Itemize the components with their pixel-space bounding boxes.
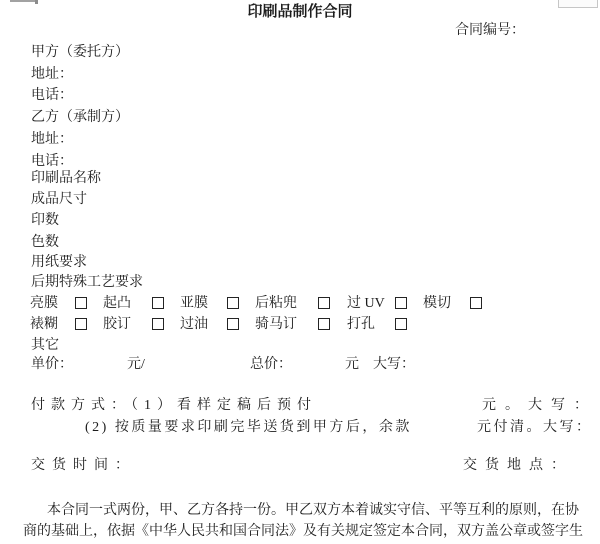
contract-terms-line1: 本合同一式两份，甲、乙方各持一份。甲乙双方本着诚实守信、平等互利的原则，在协 bbox=[47, 503, 579, 518]
checkbox-die-cut[interactable] bbox=[470, 297, 482, 309]
checkbox-matte-film[interactable] bbox=[227, 297, 239, 309]
amount-in-words-label: 大写： bbox=[373, 357, 415, 372]
unit-price-unit: 元/ bbox=[127, 357, 145, 372]
checkbox-mounting[interactable] bbox=[75, 318, 87, 330]
total-price-unit: 元 bbox=[345, 357, 359, 372]
checkbox-punching[interactable] bbox=[395, 318, 407, 330]
checkbox-varnish[interactable] bbox=[227, 318, 239, 330]
label-varnish: 过油 bbox=[180, 317, 208, 332]
row-finished-size: 成品尺寸 bbox=[31, 192, 87, 207]
row-party-b-address: 地址： bbox=[31, 132, 73, 147]
row-party-a: 甲方（委托方） bbox=[31, 45, 129, 60]
payment-method-line1: 付款方式：（1）看样定稿后预付 bbox=[31, 398, 317, 413]
cropped-ui-fragment-top-left-tick bbox=[35, 0, 38, 4]
row-party-a-phone: 电话： bbox=[31, 88, 73, 103]
label-gloss-film: 亮膜 bbox=[30, 296, 58, 311]
delivery-time-label: 交货时间： bbox=[31, 458, 136, 473]
label-mounting: 裱糊 bbox=[30, 317, 58, 332]
label-uv-coating: 过 UV bbox=[347, 296, 385, 311]
label-saddle-stitch: 骑马订 bbox=[255, 317, 297, 332]
checkbox-uv-coating[interactable] bbox=[395, 297, 407, 309]
label-punching: 打孔 bbox=[347, 317, 375, 332]
row-color-count: 色数 bbox=[31, 235, 59, 250]
label-perfect-binding: 胶订 bbox=[103, 317, 131, 332]
row-other: 其它 bbox=[31, 338, 59, 353]
cropped-ui-fragment-top-left bbox=[10, 0, 36, 2]
contract-title: 印刷品制作合同 bbox=[0, 5, 600, 20]
payment-line1-amount-suffix: 元。大写： bbox=[482, 398, 597, 413]
label-matte-film: 亚膜 bbox=[180, 296, 208, 311]
checkbox-gloss-film[interactable] bbox=[75, 297, 87, 309]
label-die-cut: 模切 bbox=[423, 296, 451, 311]
checkbox-embossing[interactable] bbox=[152, 297, 164, 309]
contract-terms-line2: 商的基础上，依据《中华人民共和国合同法》及有关规定签定本合同，双方盖公章或签字生 bbox=[23, 524, 583, 539]
row-paper-requirement: 用纸要求 bbox=[31, 255, 87, 270]
row-print-quantity: 印数 bbox=[31, 213, 59, 228]
contract-number-label: 合同编号： bbox=[455, 23, 525, 38]
checkbox-saddle-stitch[interactable] bbox=[318, 318, 330, 330]
row-party-b-phone: 电话： bbox=[31, 154, 73, 169]
delivery-place-label: 交货地点： bbox=[463, 458, 573, 473]
row-post-process-requirement: 后期特殊工艺要求 bbox=[31, 275, 143, 290]
row-party-b: 乙方（承制方） bbox=[31, 110, 129, 125]
payment-line2-amount-suffix: 元付清。大写： bbox=[477, 420, 593, 435]
row-product-name: 印刷品名称 bbox=[31, 171, 101, 186]
label-embossing: 起凸 bbox=[103, 296, 131, 311]
checkbox-perfect-binding[interactable] bbox=[152, 318, 164, 330]
contract-document-page: 印刷品制作合同 合同编号： 甲方（委托方） 地址： 电话： 乙方（承制方） 地址… bbox=[0, 0, 600, 544]
row-party-a-address: 地址： bbox=[31, 67, 73, 82]
payment-method-line2: (2) 按质量要求印刷完毕送货到甲方后，余款 bbox=[85, 420, 412, 435]
total-price-label: 总价： bbox=[250, 357, 292, 372]
checkbox-back-pocket[interactable] bbox=[318, 297, 330, 309]
unit-price-label: 单价： bbox=[31, 357, 73, 372]
label-back-pocket: 后粘兜 bbox=[255, 296, 297, 311]
